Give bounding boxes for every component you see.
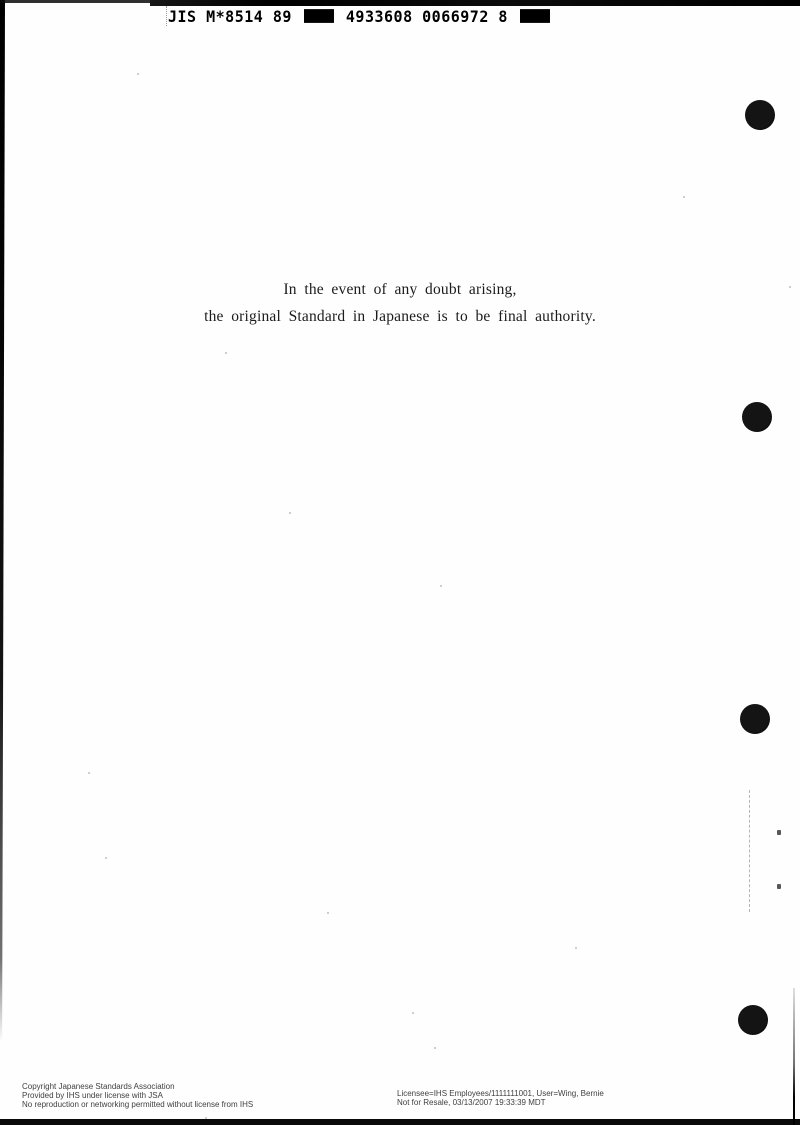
scan-speck [137, 73, 139, 75]
no-reproduction-line: No reproduction or networking permitted … [22, 1100, 253, 1109]
scan-speck [789, 286, 791, 288]
authority-notice: In the event of any doubt arising, the o… [0, 276, 800, 330]
standard-code: JIS M*8514 89 [168, 7, 292, 26]
scan-speck [205, 1117, 207, 1119]
scan-speck [327, 912, 329, 914]
scan-speck [683, 196, 685, 198]
scan-speck [777, 884, 781, 889]
punch-hole-dot [745, 100, 775, 130]
scan-speck [289, 512, 291, 514]
scan-speck [777, 830, 781, 835]
scan-dashed-artifact [749, 790, 750, 912]
punch-hole-dot [738, 1005, 768, 1035]
scan-speck [440, 585, 442, 587]
standard-code-header: JIS M*8514 89 4933608 0066972 8 [168, 7, 550, 26]
scan-edge-top-bar [150, 0, 800, 6]
scanned-page: JIS M*8514 89 4933608 0066972 8 In the e… [0, 0, 800, 1125]
not-for-resale-line: Not for Resale, 03/13/2007 19:33:39 MDT [397, 1098, 604, 1107]
black-bar-icon [520, 9, 550, 23]
licensee-line: Licensee=IHS Employees/1111111001, User=… [397, 1089, 604, 1098]
scan-speck [88, 772, 90, 774]
scan-speck [225, 352, 227, 354]
scan-speck [434, 1047, 436, 1049]
provided-by-line: Provided by IHS under license with JSA [22, 1091, 253, 1100]
scan-tick-mark [166, 6, 167, 26]
document-number: 4933608 0066972 8 [346, 7, 508, 26]
notice-line-1: In the event of any doubt arising, [0, 276, 800, 303]
scan-edge-left-line [0, 0, 5, 1042]
punch-hole-dot [742, 402, 772, 432]
copyright-line: Copyright Japanese Standards Association [22, 1082, 253, 1091]
scan-speck [575, 947, 577, 949]
scan-edge-top-thin-line [0, 0, 156, 3]
scan-speck [412, 1012, 414, 1014]
scan-edge-right-line [793, 988, 796, 1125]
scan-speck [105, 857, 107, 859]
notice-line-2: the original Standard in Japanese is to … [0, 303, 800, 330]
black-bar-icon [304, 9, 334, 23]
punch-hole-dot [740, 704, 770, 734]
license-footer: Licensee=IHS Employees/1111111001, User=… [397, 1089, 604, 1107]
scan-edge-bottom-bar [0, 1119, 800, 1125]
copyright-footer: Copyright Japanese Standards Association… [22, 1082, 253, 1109]
